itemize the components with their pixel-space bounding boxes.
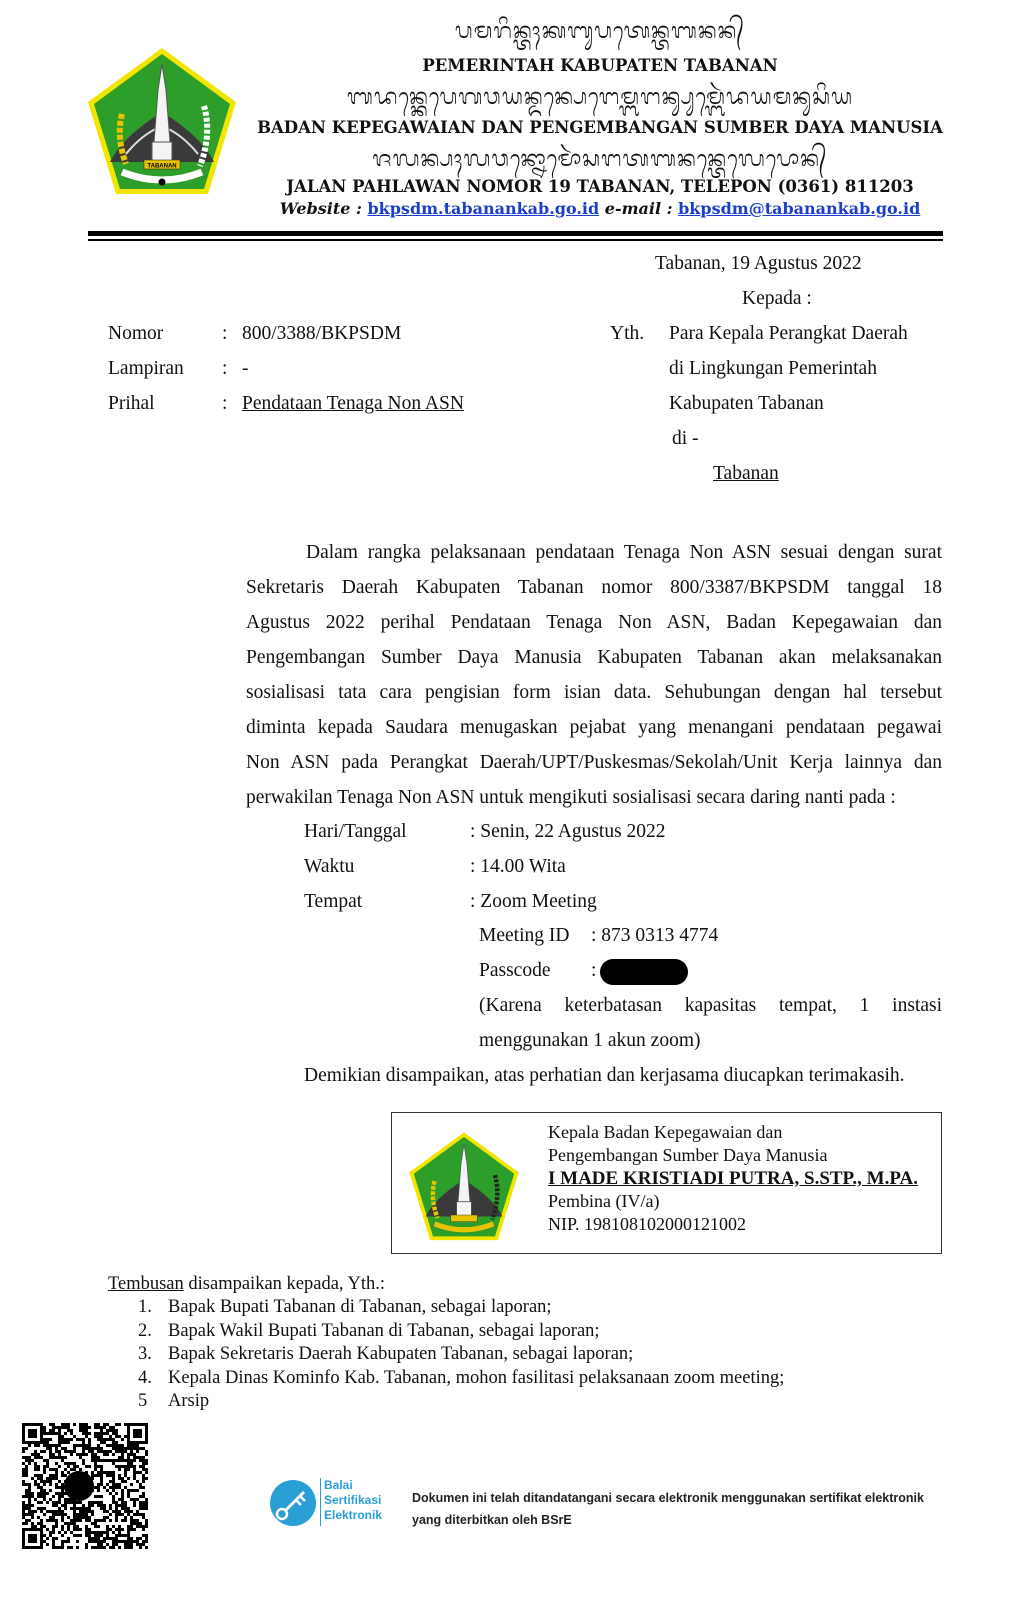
tembusan-heading: Tembusan disampaikan kepada, Yth.: <box>108 1273 385 1297</box>
balinese-script-line-3: ᬚᬮᬦ᭄ᬧᬄᬮᬯᬦ᭄ᬦᭀᬫᭀᬃᬲᬗᬢᬩᬦᬦ᭄ᬢᬾᬮᬾᬧᭀᬦ᭄ <box>240 142 960 182</box>
zoom-note-line: (Karena keterbatasan kapasitas tempat, 1… <box>479 988 942 1023</box>
body-line: sosialisasi tata cara pengisian form isi… <box>246 675 942 710</box>
recipient-line: di - <box>672 421 699 456</box>
meta-label-prihal: Prihal <box>108 386 155 421</box>
meta-label-nomor: Nomor <box>108 316 163 351</box>
body-line: Dalam rangka pelaksanaan pendataan Tenag… <box>246 535 942 570</box>
recipient-line: Para Kepala Perangkat Daerah <box>669 316 908 351</box>
meta-colon: : <box>222 351 227 386</box>
recipient-line: Kabupaten Tabanan <box>669 386 824 421</box>
kepada-label: Kepada : <box>742 281 812 316</box>
tembusan-num: 3. <box>138 1343 152 1367</box>
government-name: PEMERINTAH KABUPATEN TABANAN <box>240 56 960 75</box>
meeting-id-label: Meeting ID <box>479 918 569 953</box>
tembusan-num: 1. <box>138 1296 152 1320</box>
signatory-rank: Pembina (IV/a) <box>548 1190 659 1213</box>
schedule-value-time: : 14.00 Wita <box>470 849 566 884</box>
bsre-divider <box>320 1478 321 1526</box>
tembusan-num: 4. <box>138 1367 152 1391</box>
passcode-redaction <box>600 959 688 985</box>
svg-text:TABANAN: TABANAN <box>147 164 176 170</box>
yth-label: Yth. <box>610 316 644 351</box>
tembusan-item: Bapak Bupati Tabanan di Tabanan, sebagai… <box>168 1296 552 1320</box>
meta-value-prihal: Pendataan Tenaga Non ASN <box>242 386 464 421</box>
meeting-id-value: : 873 0313 4774 <box>591 918 718 953</box>
qr-code-icon[interactable] <box>22 1423 148 1549</box>
signatory-title: Pengembangan Sumber Daya Manusia <box>548 1144 827 1167</box>
closing-sentence: Demikian disampaikan, atas perhatian dan… <box>304 1058 904 1093</box>
tabanan-regency-logo-small <box>405 1128 523 1246</box>
meta-value-nomor: 800/3388/BKPSDM <box>242 316 401 351</box>
body-line: Pengembangan Sumber Daya Manusia Kabupat… <box>246 640 942 675</box>
tembusan-item: Arsip <box>168 1390 209 1414</box>
address: JALAN PAHLAWAN NOMOR 19 TABANAN, TELEPON… <box>240 177 960 196</box>
recipient-city: Tabanan <box>713 456 779 491</box>
signatory-title: Kepala Badan Kepegawaian dan <box>548 1121 782 1144</box>
website-link[interactable]: bkpsdm.tabanankab.go.id <box>367 199 599 218</box>
tabanan-regency-logo: TABANAN <box>82 42 242 202</box>
bsre-name: Balai Sertifikasi Elektronik <box>324 1478 382 1523</box>
schedule-label-place: Tempat <box>304 884 362 919</box>
contact-line: Website : bkpsdm.tabanankab.go.id e-mail… <box>240 199 960 218</box>
schedule-label-time: Waktu <box>304 849 354 884</box>
zoom-note-line: menggunakan 1 akun zoom) <box>479 1023 700 1058</box>
schedule-label-date: Hari/Tanggal <box>304 814 407 849</box>
agency-name: BADAN KEPEGAWAIAN DAN PENGEMBANGAN SUMBE… <box>240 118 960 137</box>
letterhead-rule-thick <box>88 231 943 236</box>
tembusan-item: Kepala Dinas Kominfo Kab. Tabanan, mohon… <box>168 1367 784 1391</box>
balinese-script-line-2: ᬩᬤᬦ᭄ᬓᬾᬧᬾᬕᬯᬬᬦ᭄ᬤᬦ᭄ᬧᬾᬗᬾᬫ᭄ᬩᬗᬦ᭄ᬲᬸᬫ᭄ᬩᬾᬃᬤᬬᬫᬦᬸᬲᬶ… <box>240 80 960 120</box>
tembusan-num: 5 <box>138 1390 147 1414</box>
website-label: Website : <box>280 199 362 218</box>
email-link[interactable]: bkpsdm@tabanankab.go.id <box>678 199 920 218</box>
body-line: Sekretaris Daerah Kabupaten Tabanan nomo… <box>246 570 942 605</box>
body-line: diminta kepada Saudara menugaskan pejaba… <box>246 710 942 745</box>
email-label: e-mail : <box>605 199 673 218</box>
passcode-label: Passcode <box>479 953 551 988</box>
meta-colon: : <box>222 316 227 351</box>
balinese-script-line-1: ᬧᬫᬭᬶᬦ᭄ᬢᬄᬓᬩᬸᬧᬢᬾᬦ᭄ᬢᬩᬦᬦ᭄ <box>240 14 960 54</box>
signatory-name: I MADE KRISTIADI PUTRA, S.STP., M.PA. <box>548 1167 918 1190</box>
bsre-logo-icon <box>268 1478 318 1528</box>
schedule-value-place: : Zoom Meeting <box>470 884 597 919</box>
place-date: Tabanan, 19 Agustus 2022 <box>655 246 862 281</box>
meta-value-lampiran: - <box>242 351 249 386</box>
body-line: Agustus 2022 perihal Pendataan Tenaga No… <box>246 605 942 640</box>
signatory-nip: NIP. 198108102000121002 <box>548 1213 746 1236</box>
bsre-notice: Dokumen ini telah ditandatangani secara … <box>412 1487 924 1531</box>
tembusan-item: Bapak Wakil Bupati Tabanan di Tabanan, s… <box>168 1320 600 1344</box>
passcode-value: : <box>591 953 688 988</box>
recipient-line: di Lingkungan Pemerintah <box>669 351 877 386</box>
tembusan-num: 2. <box>138 1320 152 1344</box>
letterhead-rule-thin <box>88 239 943 241</box>
schedule-value-date: : Senin, 22 Agustus 2022 <box>470 814 666 849</box>
meta-label-lampiran: Lampiran <box>108 351 184 386</box>
tembusan-item: Bapak Sekretaris Daerah Kabupaten Tabana… <box>168 1343 633 1367</box>
meta-colon: : <box>222 386 227 421</box>
body-line: perwakilan Tenaga Non ASN untuk mengikut… <box>246 780 942 815</box>
body-line: Non ASN pada Perangkat Daerah/UPT/Puskes… <box>246 745 942 780</box>
